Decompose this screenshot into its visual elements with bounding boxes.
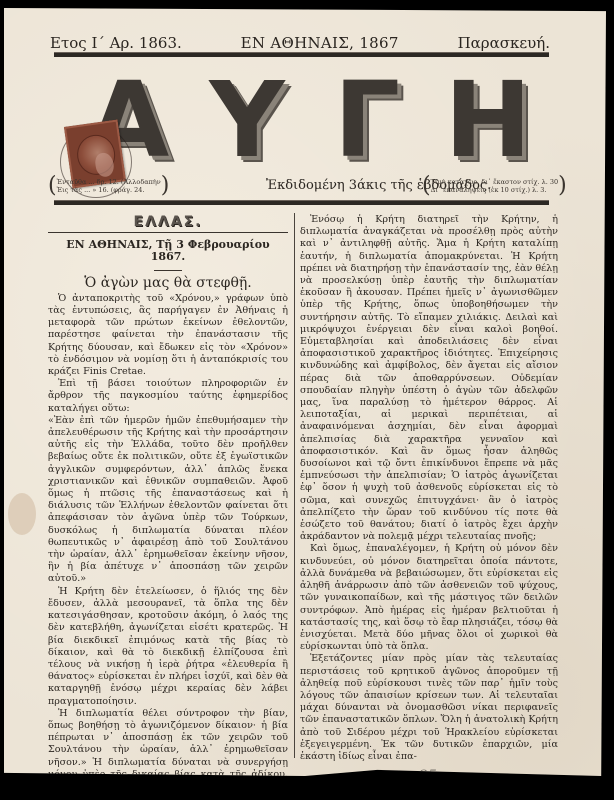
article-paragraph: Ὁ ἀνταποκριτὴς τοῦ «Χρόνου,» γράφων ὑπὸ … xyxy=(48,293,288,378)
place-year: ΕΝ ΑΘΗΝΑΙΣ, 1867 xyxy=(241,34,399,52)
title-letter-upsilon: Υ xyxy=(192,76,302,164)
issue-number: Ετος Ι΄ Αρ. 1863. xyxy=(50,34,182,52)
dateline: ΕΝ ΑΘΗΝΑΙΣ, Τῇ 3 Φεβρουαρίου 1867. xyxy=(48,239,288,263)
article-paragraph: Ἡ διπλωματία θέλει σύντροφον τὴν βίαν, ὅ… xyxy=(48,708,288,800)
paper-stain xyxy=(8,493,36,535)
short-rule xyxy=(154,270,182,271)
subscription-prices-left: ( Ἐνταῦθα ... δρ. 12. (Ἀλλοδαπὴν Ἐις τὰς… xyxy=(48,176,169,196)
article-paragraph: Ἐπὶ τῇ βάσει τοιούτων πληροφοριῶν ἐν ἄρθ… xyxy=(48,378,288,415)
quoted-paragraph: «Ἐὰν ἐπὶ τῶν ἡμερῶν ἡμῶν ἐπεθυμήσαμεν τὴ… xyxy=(48,415,288,586)
hermes-head-icon xyxy=(94,152,115,178)
masthead-line: Ετος Ι΄ Αρ. 1863. ΕΝ ΑΘΗΝΑΙΣ, 1867 Παρασ… xyxy=(50,34,550,52)
column-divider xyxy=(294,213,295,758)
ad-rate-line2: Δι᾽ ἐπαναλήψεις (ἐκ 10 στίχ.) λ. 3. xyxy=(431,186,559,194)
masthead-rule xyxy=(54,52,549,57)
article-paragraph: Ἐνόσῳ ἡ Κρήτη διατηρεῖ τὴν Κρήτην, ἡ διπ… xyxy=(300,214,558,543)
section-heading: ΕΛΛΑΣ. xyxy=(48,216,288,228)
article-paragraph: Ἐξετάζοντες μίαν πρὸς μίαν τὰς τελευταία… xyxy=(300,653,558,763)
section-rule xyxy=(48,232,288,233)
advertising-rates: ( Τιμὴ καταχωρ. δι᾽ ἕκαστον στίχ. λ. 30 … xyxy=(422,176,567,196)
weekday: Παρασκευή. xyxy=(458,34,550,52)
title-letter-gamma: Γ xyxy=(312,76,422,164)
article-paragraph: Καὶ ὅμως, ἐπαναλέγομεν, ἡ Κρήτη οὐ μόνον… xyxy=(300,543,558,653)
pencil-annotation: 25 xyxy=(419,768,437,784)
left-column: ΕΛΛΑΣ. ΕΝ ΑΘΗΝΑΙΣ, Τῇ 3 Φεβρουαρίου 1867… xyxy=(48,206,288,800)
title-letter-eta: Η xyxy=(428,76,548,164)
hermes-head-medallion xyxy=(75,132,118,177)
newspaper-page: Ετος Ι΄ Αρ. 1863. ΕΝ ΑΘΗΝΑΙΣ, 1867 Παρασ… xyxy=(4,8,606,776)
ad-rate-line1: Τιμὴ καταχωρ. δι᾽ ἕκαστον στίχ. λ. 30 xyxy=(431,178,559,186)
article-paragraph: Ἡ Κρήτη δὲν ἐτελείωσεν, ὁ ἥλιός της δὲν … xyxy=(48,586,288,708)
subscription-left-line1: Ἐνταῦθα ... δρ. 12. (Ἀλλοδαπὴν xyxy=(57,178,161,186)
header-bottom-rule xyxy=(54,200,549,205)
subscription-left-line2: Ἐις τὰς ... » 16. (φράγ. 24. xyxy=(57,186,161,194)
right-column: Ἐνόσῳ ἡ Κρήτη διατηρεῖ τὴν Κρήτην, ἡ διπ… xyxy=(300,214,558,763)
article-headline: Ὁ ἀγὼν μας θὰ στεφθῇ. xyxy=(48,277,288,289)
